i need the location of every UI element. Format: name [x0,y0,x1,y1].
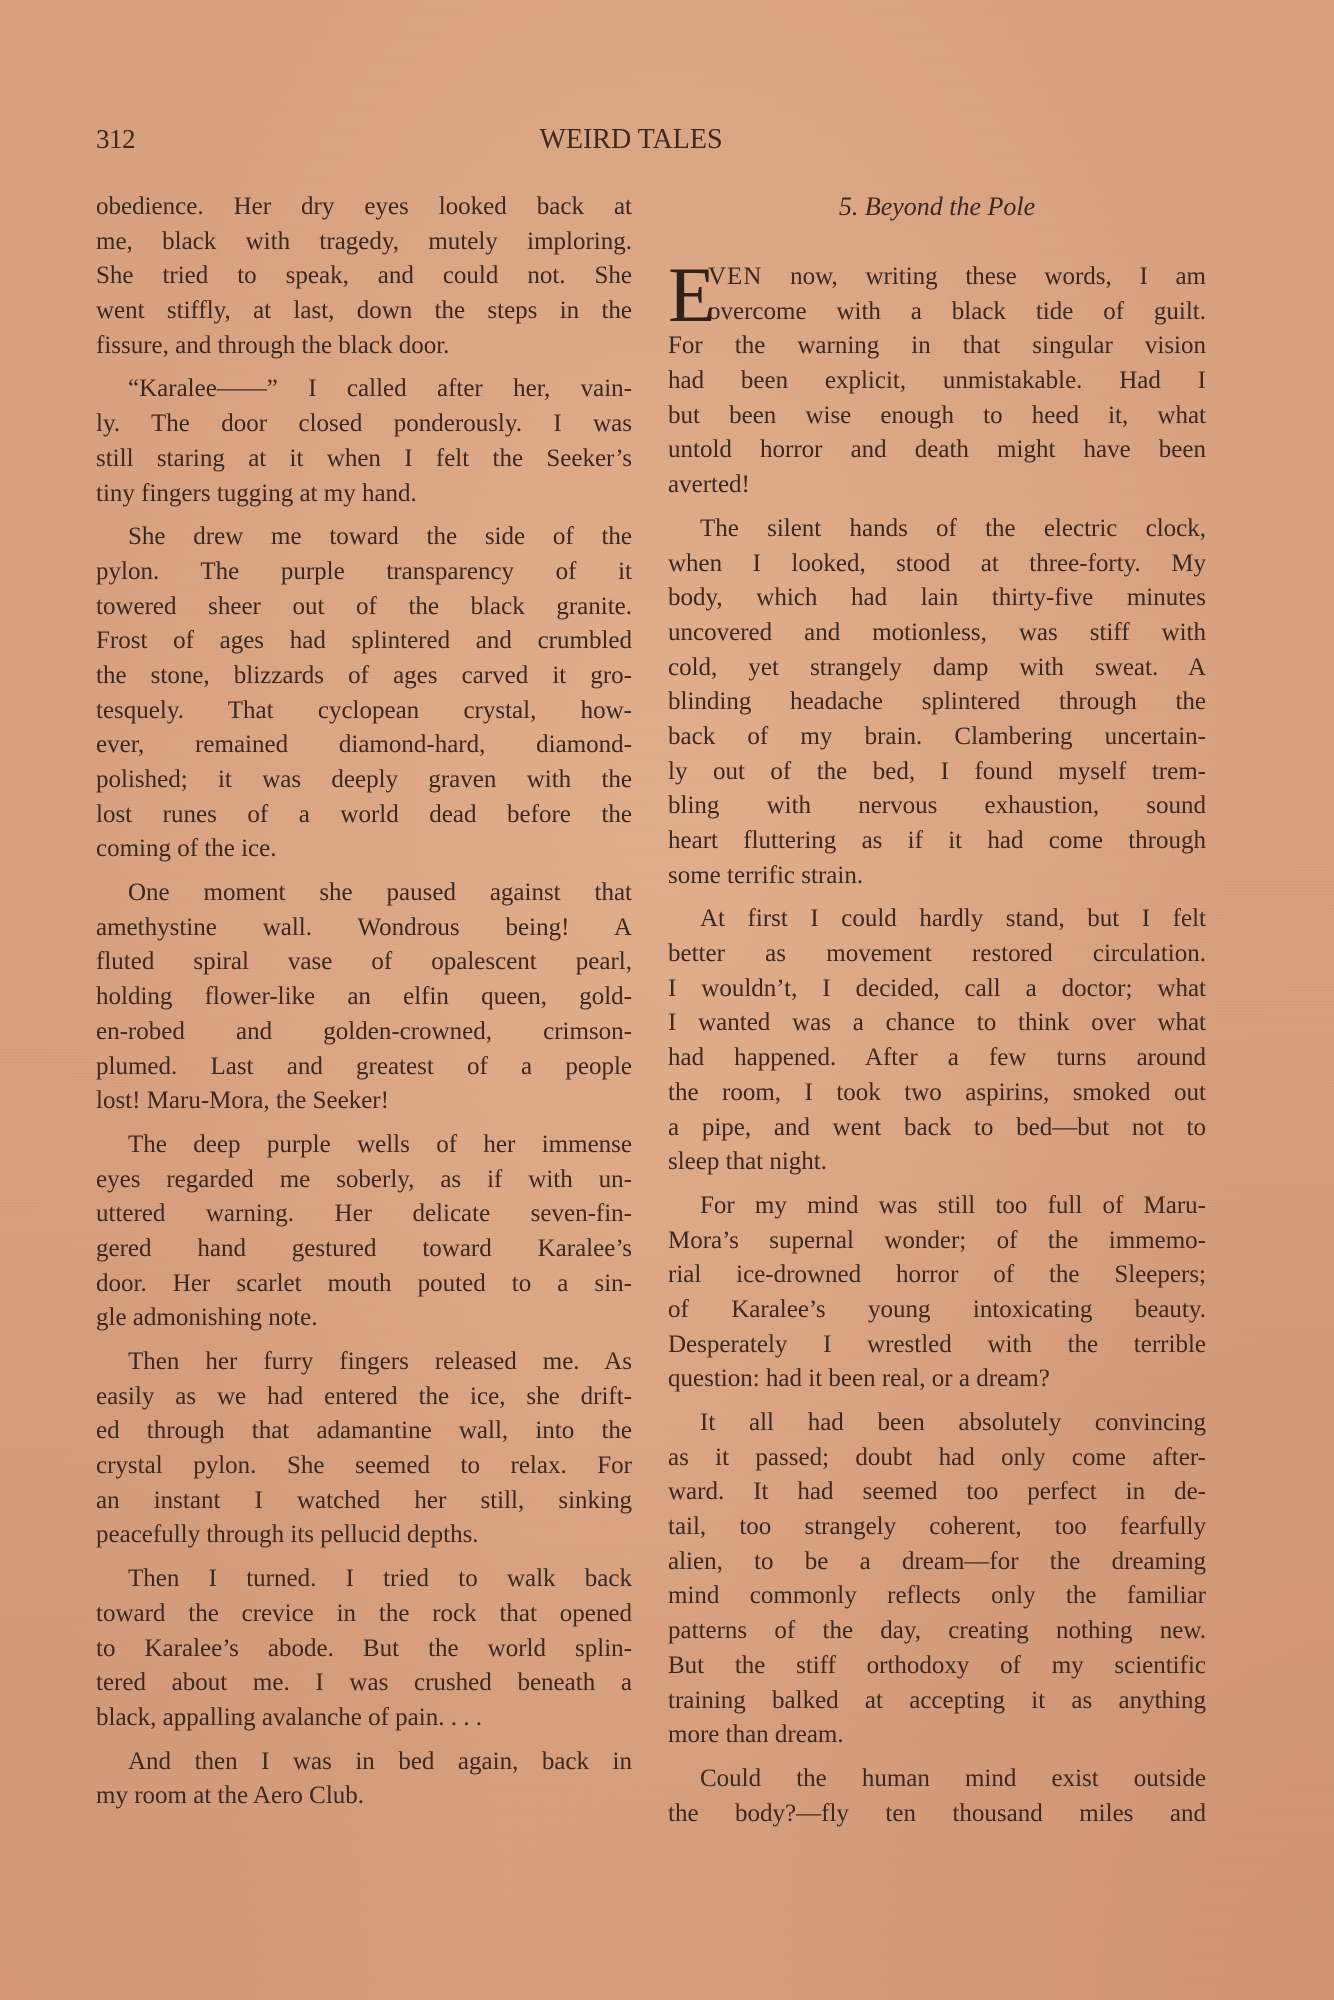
paragraph-gap [96,1553,632,1562]
paragraph-gap [668,503,1206,512]
opening-line-text: now, writing these words, I am [762,263,1206,290]
text-line: en-robed and golden-crowned, crimson- [96,1015,632,1050]
paragraph-gap [96,1336,632,1345]
text-line: pylon. The purple transparency of it [96,555,632,590]
text-line: the stone, blizzards of ages carved it g… [96,659,632,694]
text-line: crystal pylon. She seemed to relax. For [96,1449,632,1484]
text-line: The deep purple wells of her immense [96,1128,632,1163]
paragraph: Then I turned. I tried to walk backtowar… [96,1562,632,1735]
text-line: heart fluttering as if it had come throu… [668,824,1206,859]
text-line: ward. It had seemed too perfect in de- [668,1475,1206,1510]
text-line: One moment she paused against that [96,876,632,911]
text-line: went stiffly, at last, down the steps in… [96,294,632,329]
text-line: And then I was in bed again, back in [96,1745,632,1780]
text-line: Then her furry fingers released me. As [96,1345,632,1380]
text-line: tiny fingers tugging at my hand. [96,477,632,512]
paragraph-gap [96,511,632,520]
text-line: coming of the ice. [96,832,632,867]
paragraph-gap [668,1397,1206,1406]
text-line: alien, to be a dream—for the dreaming [668,1545,1206,1580]
text-line: eyes regarded me soberly, as if with un- [96,1163,632,1198]
text-line: polished; it was deeply graven with the [96,763,632,798]
section-heading: 5. Beyond the Pole [668,190,1206,224]
text-line: “Karalee——” I called after her, vain- [96,372,632,407]
text-line: had been explicit, unmistakable. Had I [668,364,1206,399]
text-line: fluted spiral vase of opalescent pearl, [96,945,632,980]
paragraph: obedience. Her dry eyes looked back atme… [96,190,632,363]
paragraph-gap [96,1119,632,1128]
paragraph-gap [96,867,632,876]
text-line: when I looked, stood at three-forty. My [668,547,1206,582]
text-line: an instant I watched her still, sinking [96,1484,632,1519]
paragraph: The silent hands of the electric clock,w… [668,512,1206,894]
text-line: gle admonishing note. [96,1301,632,1336]
text-line: but been wise enough to heed it, what [668,399,1206,434]
text-line: For my mind was still too full of Maru- [668,1189,1206,1224]
text-line: I wanted was a chance to think over what [668,1006,1206,1041]
text-line: lost! Maru-Mora, the Seeker! [96,1084,632,1119]
paragraph-gap [96,363,632,372]
text-line: The silent hands of the electric clock, [668,512,1206,547]
text-line: a pipe, and went back to bed—but not to [668,1111,1206,1146]
text-line: VEN now, writing these words, I am [668,260,1206,295]
paragraph: “Karalee——” I called after her, vain-ly.… [96,372,632,511]
text-line: blinding headache splintered through the [668,685,1206,720]
text-line: averted! [668,468,1206,503]
text-line: uttered warning. Her delicate seven-fin- [96,1197,632,1232]
text-line: me, black with tragedy, mutely imploring… [96,225,632,260]
text-line: Then I turned. I tried to walk back [96,1562,632,1597]
text-line: bling with nervous exhaustion, sound [668,789,1206,824]
text-line: For the warning in that singular vision [668,329,1206,364]
paragraph-gap [668,1753,1206,1762]
paragraph: At first I could hardly stand, but I fel… [668,902,1206,1180]
text-line: ed through that adamantine wall, into th… [96,1414,632,1449]
paragraph: And then I was in bed again, back inmy r… [96,1745,632,1814]
text-line: of Karalee’s young intoxicating beauty. [668,1293,1206,1328]
paragraph: It all had been absolutely convincingas … [668,1406,1206,1753]
text-line: some terrific strain. [668,859,1206,894]
text-line: the body?—fly ten thousand miles and [668,1797,1206,1832]
text-line: ly. The door closed ponderously. I was [96,407,632,442]
text-line: easily as we had entered the ice, she dr… [96,1380,632,1415]
left-column: obedience. Her dry eyes looked back atme… [96,190,632,1814]
right-column: 5. Beyond the Pole EVEN now, writing the… [668,190,1206,1831]
text-line: had happened. After a few turns around [668,1041,1206,1076]
paragraph-gap [668,1180,1206,1189]
text-line: overcome with a black tide of guilt. [668,295,1206,330]
magazine-title: WEIRD TALES [96,124,1206,156]
text-line: Could the human mind exist outside [668,1762,1206,1797]
text-line: uncovered and motionless, was stiff with [668,616,1206,651]
text-line: ever, remained diamond-hard, diamond- [96,728,632,763]
text-line: tesquely. That cyclopean crystal, how- [96,694,632,729]
text-line: body, which had lain thirty-five minutes [668,581,1206,616]
text-line: Desperately I wrestled with the terrible [668,1328,1206,1363]
text-line: She tried to speak, and could not. She [96,259,632,294]
text-line: towered sheer out of the black granite. [96,590,632,625]
paragraph: For my mind was still too full of Maru-M… [668,1189,1206,1397]
text-line: I wouldn’t, I decided, call a doctor; wh… [668,972,1206,1007]
text-line: cold, yet strangely damp with sweat. A [668,651,1206,686]
text-line: holding flower-like an elfin queen, gold… [96,980,632,1015]
text-line: It all had been absolutely convincing [668,1406,1206,1441]
text-line: fissure, and through the black door. [96,329,632,364]
drop-cap: E [668,262,716,328]
text-line: gered hand gestured toward Karalee’s [96,1232,632,1267]
text-line: toward the crevice in the rock that open… [96,1597,632,1632]
text-line: obedience. Her dry eyes looked back at [96,190,632,225]
text-line: rial ice-drowned horror of the Sleepers; [668,1258,1206,1293]
paragraph: The deep purple wells of her immenseeyes… [96,1128,632,1336]
opening-smallcaps: VEN [708,263,762,290]
text-line: sleep that night. [668,1145,1206,1180]
magazine-page: 312 WEIRD TALES obedience. Her dry eyes … [0,0,1334,2000]
text-line: ly out of the bed, I found myself trem- [668,755,1206,790]
paragraph: One moment she paused against thatamethy… [96,876,632,1119]
text-line: black, appalling avalanche of pain. . . … [96,1701,632,1736]
text-line: still staring at it when I felt the Seek… [96,442,632,477]
paragraph: Then her furry fingers released me. Asea… [96,1345,632,1553]
text-line: question: had it been real, or a dream? [668,1362,1206,1397]
text-line: the room, I took two aspirins, smoked ou… [668,1076,1206,1111]
text-line: as it passed; doubt had only come after- [668,1441,1206,1476]
text-line: door. Her scarlet mouth pouted to a sin- [96,1267,632,1302]
text-line: At first I could hardly stand, but I fel… [668,902,1206,937]
text-line: my room at the Aero Club. [96,1779,632,1814]
text-line: Frost of ages had splintered and crumble… [96,624,632,659]
text-line: more than dream. [668,1718,1206,1753]
paragraph: VEN now, writing these words, I amoverco… [668,260,1206,503]
text-line: But the stiff orthodoxy of my scientific [668,1649,1206,1684]
text-line: lost runes of a world dead before the [96,798,632,833]
paragraph: She drew me toward the side of thepylon.… [96,520,632,867]
text-line: better as movement restored circulation. [668,937,1206,972]
text-line: She drew me toward the side of the [96,520,632,555]
text-line: to Karalee’s abode. But the world splin- [96,1632,632,1667]
paragraph: Could the human mind exist outsidethe bo… [668,1762,1206,1831]
right-column-body: EVEN now, writing these words, I amoverc… [668,260,1206,1831]
text-line: back of my brain. Clambering uncertain- [668,720,1206,755]
running-head: 312 WEIRD TALES [96,124,1206,164]
paragraph-gap [668,893,1206,902]
text-line: patterns of the day, creating nothing ne… [668,1614,1206,1649]
text-line: mind commonly reflects only the familiar [668,1579,1206,1614]
text-line: plumed. Last and greatest of a people [96,1050,632,1085]
text-line: tered about me. I was crushed beneath a [96,1666,632,1701]
text-line: tail, too strangely coherent, too fearfu… [668,1510,1206,1545]
text-line: Mora’s supernal wonder; of the immemo- [668,1224,1206,1259]
text-line: amethystine wall. Wondrous being! A [96,911,632,946]
text-line: training balked at accepting it as anyth… [668,1684,1206,1719]
text-line: peacefully through its pellucid depths. [96,1518,632,1553]
paragraph-gap [96,1736,632,1745]
text-line: untold horror and death might have been [668,433,1206,468]
